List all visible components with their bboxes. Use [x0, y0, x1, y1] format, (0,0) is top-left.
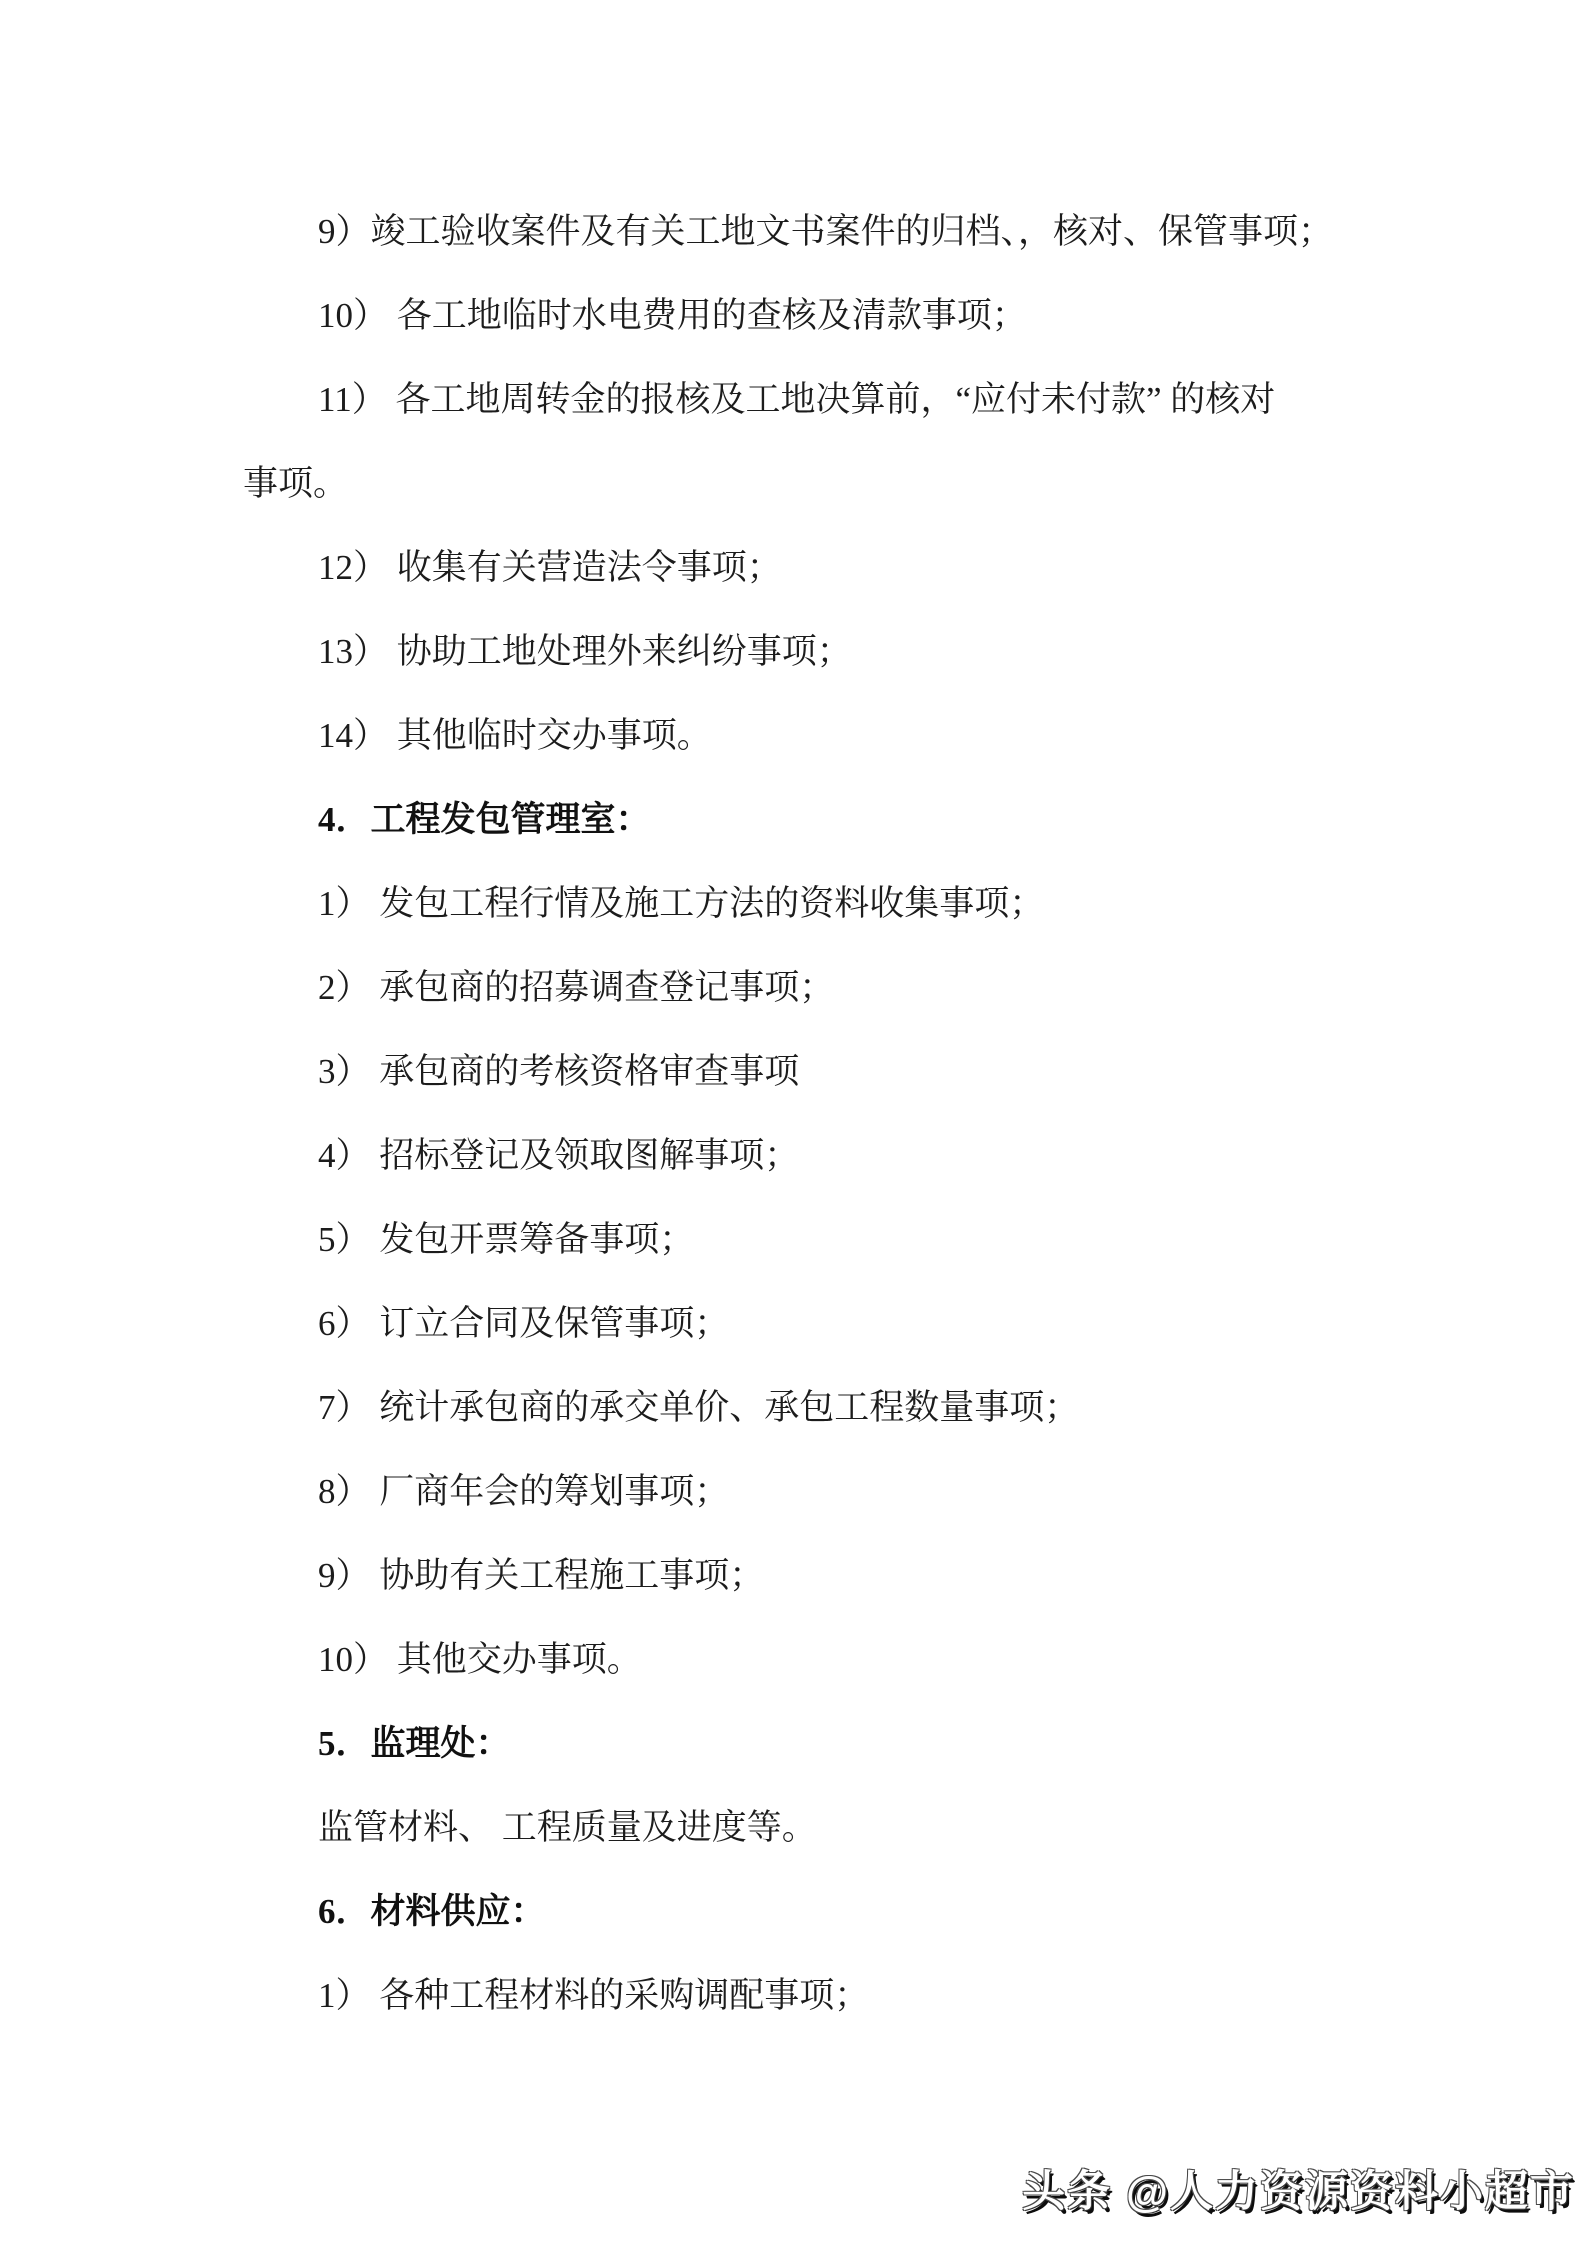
text-line: 监管材料、 工程质量及进度等。: [243, 1786, 1358, 1870]
text-line: 1） 发包工程行情及施工方法的资料收集事项；: [243, 862, 1358, 946]
text-line: 12） 收集有关营造法令事项；: [243, 526, 1358, 610]
text-line: 2） 承包商的招募调查登记事项；: [243, 946, 1358, 1030]
text-line: 8） 厂商年会的筹划事项；: [243, 1450, 1358, 1534]
text-line: 10） 各工地临时水电费用的查核及清款事项；: [243, 274, 1358, 358]
text-line: 4） 招标登记及领取图解事项；: [243, 1114, 1358, 1198]
text-line: 3） 承包商的考核资格审查事项: [243, 1030, 1358, 1114]
watermark: 头条 @人力资源资料小超市: [1022, 2158, 1575, 2219]
text-line: 9） 协助有关工程施工事项；: [243, 1534, 1358, 1618]
section-heading: 4．工程发包管理室：: [243, 778, 1358, 862]
text-line: 1） 各种工程材料的采购调配事项；: [243, 1954, 1358, 2038]
document-page: 9）竣工验收案件及有关工地文书案件的归档、，核对、保管事项； 10） 各工地临时…: [0, 0, 1587, 2245]
document-body: 9）竣工验收案件及有关工地文书案件的归档、，核对、保管事项； 10） 各工地临时…: [243, 190, 1358, 2038]
text-line: 11） 各工地周转金的报核及工地决算前，“应付未付款” 的核对: [243, 358, 1358, 442]
text-line: 7） 统计承包商的承交单价、承包工程数量事项；: [243, 1366, 1358, 1450]
text-line: 6） 订立合同及保管事项；: [243, 1282, 1358, 1366]
text-line: 5） 发包开票筹备事项；: [243, 1198, 1358, 1282]
text-line: 14） 其他临时交办事项。: [243, 694, 1358, 778]
text-line: 10） 其他交办事项。: [243, 1618, 1358, 1702]
text-line: 9）竣工验收案件及有关工地文书案件的归档、，核对、保管事项；: [243, 190, 1358, 274]
section-heading: 5．监理处：: [243, 1702, 1358, 1786]
text-line: 13） 协助工地处理外来纠纷事项；: [243, 610, 1358, 694]
text-line: 事项。: [243, 442, 1358, 526]
section-heading: 6．材料供应：: [243, 1870, 1358, 1954]
